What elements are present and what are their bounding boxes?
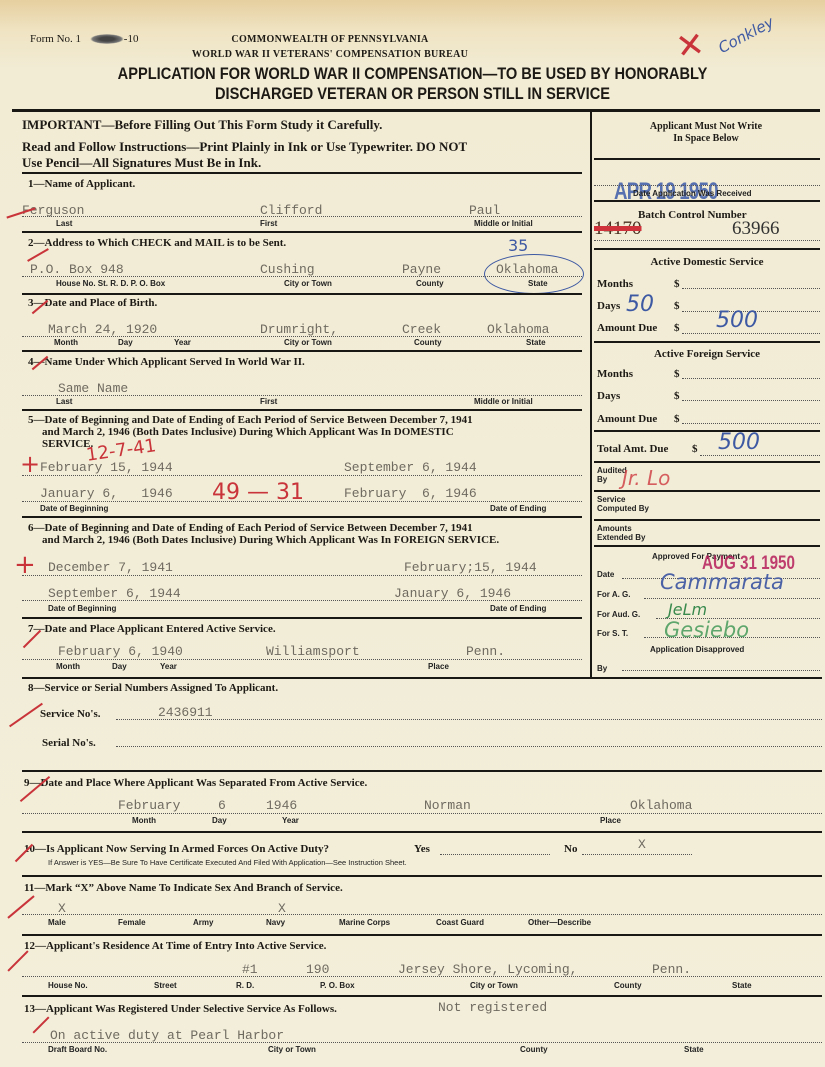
- form-title-line2: DISCHARGED VETERAN OR PERSON STILL IN SE…: [58, 84, 768, 104]
- check-mark: [27, 248, 49, 262]
- auditor-signature: Jr. Lo: [622, 466, 670, 490]
- top-border: [12, 109, 820, 112]
- by-label: By: [597, 664, 607, 673]
- q12-heading: 12—Applicant's Residence At Time of Entr…: [24, 940, 326, 952]
- total-amount-value[interactable]: 500: [718, 430, 760, 455]
- q2-city[interactable]: Cushing: [260, 262, 315, 277]
- q7-entry-date[interactable]: February 6, 1940: [58, 644, 183, 659]
- q2-street[interactable]: P.O. Box 948: [30, 262, 124, 277]
- q3-birth-city[interactable]: Drumright,: [260, 322, 338, 337]
- q11-coast-guard: Coast Guard: [436, 918, 484, 927]
- aud-g-label: For Aud. G.: [597, 610, 640, 619]
- q3-birth-county[interactable]: Creek: [402, 322, 441, 337]
- q9-heading: 9—Date and Place Where Applicant Was Sep…: [24, 777, 367, 789]
- q10-no-field: [582, 854, 692, 855]
- instructions-read: Read and Follow Instructions—Print Plain…: [22, 139, 467, 155]
- q11-navy: Navy: [266, 918, 285, 927]
- q6-row1-end[interactable]: February;15, 1944: [404, 560, 537, 575]
- red-x-mark: +: [20, 450, 40, 478]
- foreign-title: Active Foreign Service: [594, 348, 820, 360]
- batch-number: 63966: [732, 218, 780, 240]
- service-number-label: Service No's.: [40, 708, 100, 720]
- q13-status[interactable]: Not registered: [438, 1000, 547, 1015]
- q11-marine-corps: Marine Corps: [339, 918, 390, 927]
- q12-city-county[interactable]: Jersey Shore, Lycoming,: [398, 962, 577, 977]
- ag-label: For A. G.: [597, 590, 630, 599]
- q7-entry-state[interactable]: Penn.: [466, 644, 505, 659]
- q10-no-label: No: [564, 843, 577, 855]
- check-mark: [9, 703, 43, 728]
- disapproved-label: Application Disapproved: [650, 645, 744, 654]
- q3-birth-date[interactable]: March 24, 1920: [48, 322, 157, 337]
- q12-state[interactable]: Penn.: [652, 962, 691, 977]
- q11-other: Other—Describe: [528, 918, 591, 927]
- date-label: Date: [597, 570, 614, 579]
- q9-sep-year[interactable]: 1946: [266, 798, 297, 813]
- q3-birth-state[interactable]: Oklahoma: [487, 322, 549, 337]
- form-title-line1: APPLICATION FOR WORLD WAR II COMPENSATIO…: [58, 64, 768, 84]
- q6-row2-end[interactable]: January 6, 1946: [394, 586, 511, 601]
- total-label: Total Amt. Due: [597, 443, 668, 455]
- domestic-days-value[interactable]: 50: [626, 292, 654, 317]
- computed-label: Service Computed By: [597, 495, 667, 513]
- st-label: For S. T.: [597, 629, 628, 638]
- domestic-months-field[interactable]: [682, 288, 820, 289]
- q6-row2-begin[interactable]: September 6, 1944: [48, 586, 181, 601]
- q9-sep-month[interactable]: February: [118, 798, 180, 813]
- q6-row1-begin[interactable]: December 7, 1941: [48, 560, 173, 575]
- q3-heading: 3—Date and Place of Birth.: [28, 297, 157, 309]
- foreign-days-field[interactable]: [682, 400, 820, 401]
- q12-po-box[interactable]: 190: [306, 962, 329, 977]
- q5-row2-begin[interactable]: January 6, 1946: [40, 486, 173, 501]
- q5-row2-end[interactable]: February 6, 1946: [344, 486, 477, 501]
- st-signature: Gesiebo: [664, 618, 749, 642]
- q6-heading: 6—Date of Beginning and Date of Ending o…: [28, 522, 499, 546]
- q10-heading: 10—Is Applicant Now Serving In Armed For…: [24, 843, 329, 855]
- instructions-important: IMPORTANT—Before Filling Out This Form S…: [22, 117, 467, 133]
- check-mark: [33, 1017, 50, 1034]
- ag-signature: Cammarata: [660, 570, 784, 594]
- q9-sep-city[interactable]: Norman: [424, 798, 471, 813]
- aud-g-signature: JeLm: [668, 600, 707, 619]
- divider: [22, 172, 582, 174]
- red-x-mark: ✕: [673, 24, 707, 68]
- q1-heading: 1—Name of Applicant.: [28, 178, 135, 190]
- q2-county[interactable]: Payne: [402, 262, 441, 277]
- office-header: Applicant Must Not Write In Space Below: [592, 121, 820, 145]
- q11-army: Army: [193, 918, 213, 927]
- extended-label: Amounts Extended By: [597, 524, 657, 542]
- domestic-amount-value[interactable]: 500: [716, 308, 758, 333]
- received-label: Date Application Was Received: [633, 189, 752, 198]
- serial-number-label: Serial No's.: [42, 737, 96, 749]
- bureau-heading: WORLD WAR II VETERANS' COMPENSATION BURE…: [0, 49, 660, 60]
- domestic-title: Active Domestic Service: [594, 256, 820, 268]
- q10-yes-label: Yes: [414, 843, 430, 855]
- q7-entry-city[interactable]: Williamsport: [266, 644, 360, 659]
- q8-heading: 8—Service or Serial Numbers Assigned To …: [28, 682, 278, 694]
- q13-heading: 13—Applicant Was Registered Under Select…: [24, 1003, 337, 1015]
- batch-number-struck: 14170: [594, 218, 642, 240]
- q2-heading: 2—Address to Which CHECK and MAIL is to …: [28, 237, 286, 249]
- foreign-months-field[interactable]: [682, 378, 820, 379]
- q7-heading: 7—Date and Place Applicant Entered Activ…: [28, 623, 276, 635]
- q13-draft-board[interactable]: On active duty at Pearl Harbor: [50, 1028, 284, 1043]
- q4-heading: 4—Name Under Which Applicant Served In W…: [28, 356, 305, 368]
- check-mark: [7, 895, 34, 918]
- q11-female: Female: [118, 918, 146, 927]
- q11-male: Male: [48, 918, 66, 927]
- q4-service-name[interactable]: Same Name: [58, 381, 128, 396]
- q10-note: If Answer is YES—Be Sure To Have Certifi…: [48, 858, 407, 867]
- foreign-amount-field[interactable]: [682, 423, 820, 424]
- commonwealth-heading: COMMONWEALTH OF PENNSYLVANIA: [0, 34, 660, 45]
- q9-sep-day[interactable]: 6: [218, 798, 226, 813]
- q9-sep-state[interactable]: Oklahoma: [630, 798, 692, 813]
- q2-annotation: 35: [508, 236, 528, 255]
- state-circle: [484, 254, 584, 294]
- q10-no-value[interactable]: X: [638, 837, 646, 852]
- q5-row1-begin[interactable]: February 15, 1944: [40, 460, 173, 475]
- instructions: IMPORTANT—Before Filling Out This Form S…: [22, 117, 467, 171]
- instructions-pencil: Use Pencil—All Signatures Must Be in Ink…: [22, 155, 467, 171]
- batch-label: Batch Control Number: [638, 209, 747, 221]
- q5-row1-end[interactable]: September 6, 1944: [344, 460, 477, 475]
- q12-rd[interactable]: #1: [242, 962, 258, 977]
- handwritten-reviewer-name: Conkley: [715, 13, 777, 57]
- check-mark: [7, 950, 28, 971]
- service-number-value[interactable]: 2436911: [158, 705, 213, 720]
- q10-yes-field[interactable]: [440, 854, 550, 855]
- office-column-divider: [590, 110, 592, 678]
- q11-heading: 11—Mark “X” Above Name To Indicate Sex A…: [24, 882, 343, 894]
